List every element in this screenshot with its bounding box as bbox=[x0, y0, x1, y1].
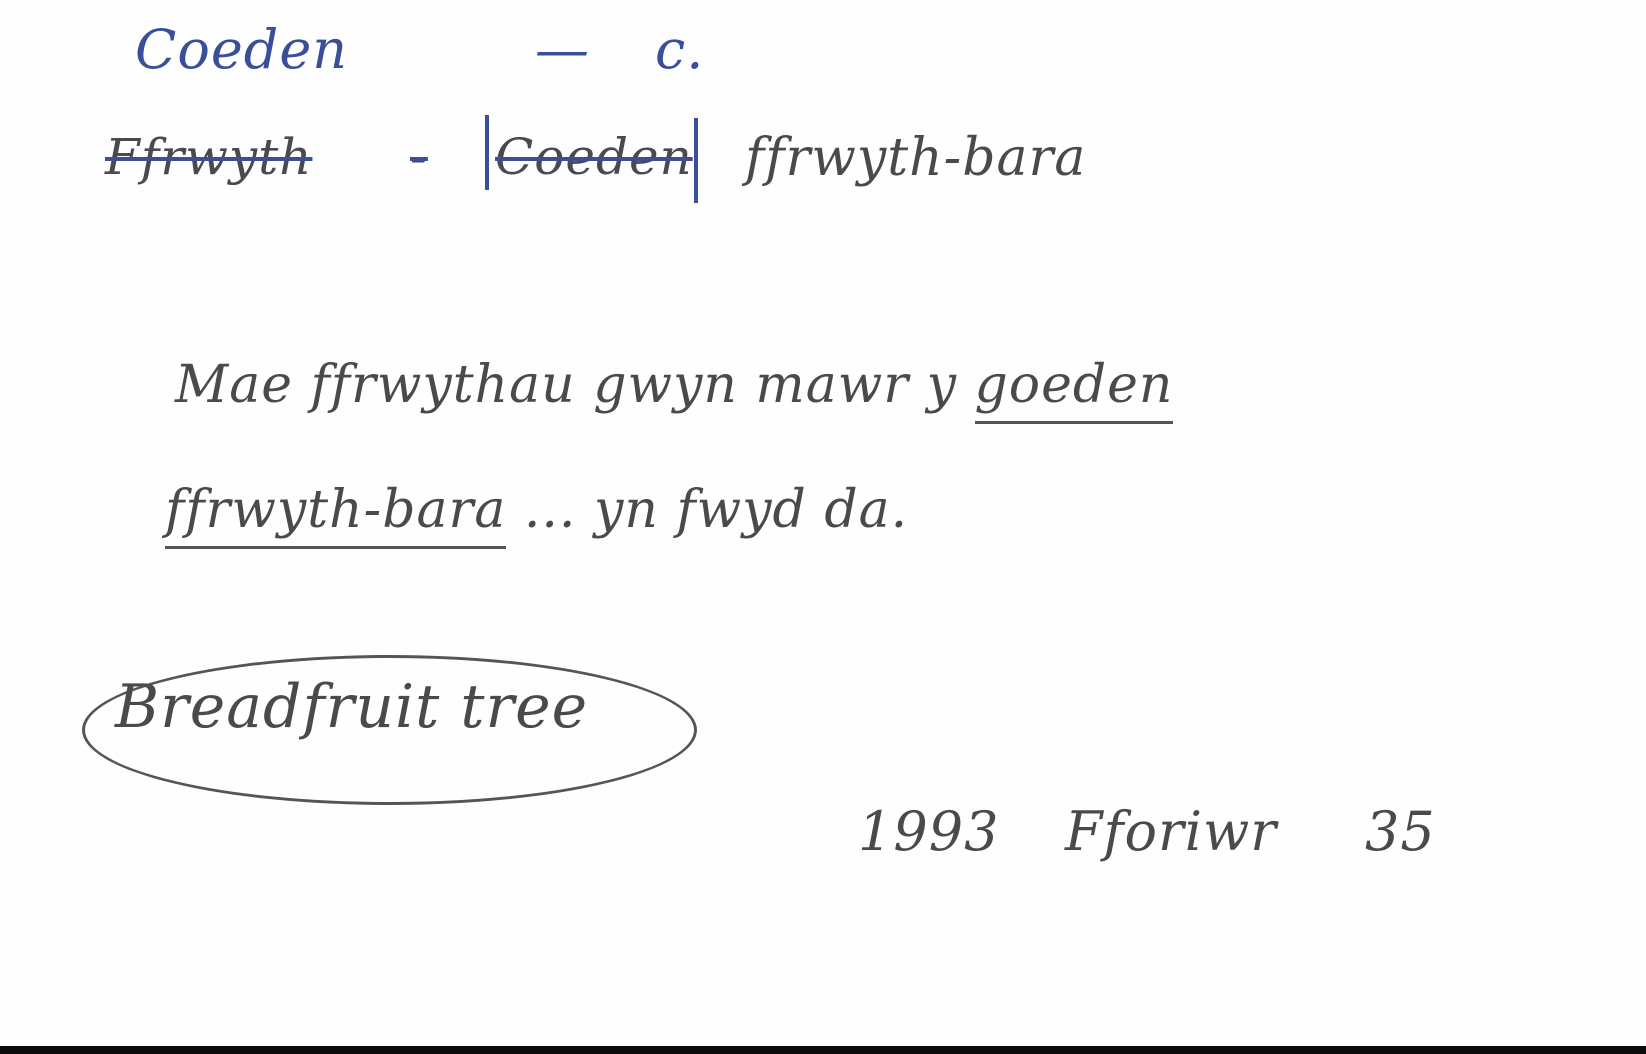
sentence-line-2-text: ... yn fwyd da. bbox=[506, 480, 908, 540]
header-abbrev: c. bbox=[655, 18, 704, 81]
left-bracket-mark bbox=[485, 115, 489, 190]
underlined-goeden: goeden bbox=[975, 355, 1174, 424]
header-word: Coeden bbox=[135, 18, 348, 81]
replacement-heading: ffrwyth-bara bbox=[745, 128, 1086, 188]
scan-bottom-edge bbox=[0, 1046, 1646, 1054]
struck-dash: - bbox=[410, 128, 428, 186]
header-dash: — bbox=[535, 18, 590, 81]
index-card: Coeden — c. Ffrwyth - Coeden ffrwyth-bar… bbox=[0, 0, 1646, 1046]
reference-number: 35 bbox=[1365, 800, 1436, 863]
sentence-line-1: Mae ffrwythau gwyn mawr y goeden bbox=[175, 355, 1173, 415]
reference-year: 1993 bbox=[858, 800, 999, 863]
underlined-ffrwyth-bara: ffrwyth-bara bbox=[165, 480, 506, 549]
right-bracket-mark bbox=[694, 118, 698, 203]
bracketed-struck-word: Coeden bbox=[495, 128, 693, 186]
struck-word: Ffrwyth bbox=[105, 128, 312, 186]
sentence-line-1-text: Mae ffrwythau gwyn mawr y bbox=[175, 355, 975, 415]
sentence-line-2: ffrwyth-bara ... yn fwyd da. bbox=[165, 480, 908, 540]
translation-text: Breadfruit tree bbox=[115, 672, 588, 742]
reference-source: Fforiwr bbox=[1065, 800, 1277, 863]
